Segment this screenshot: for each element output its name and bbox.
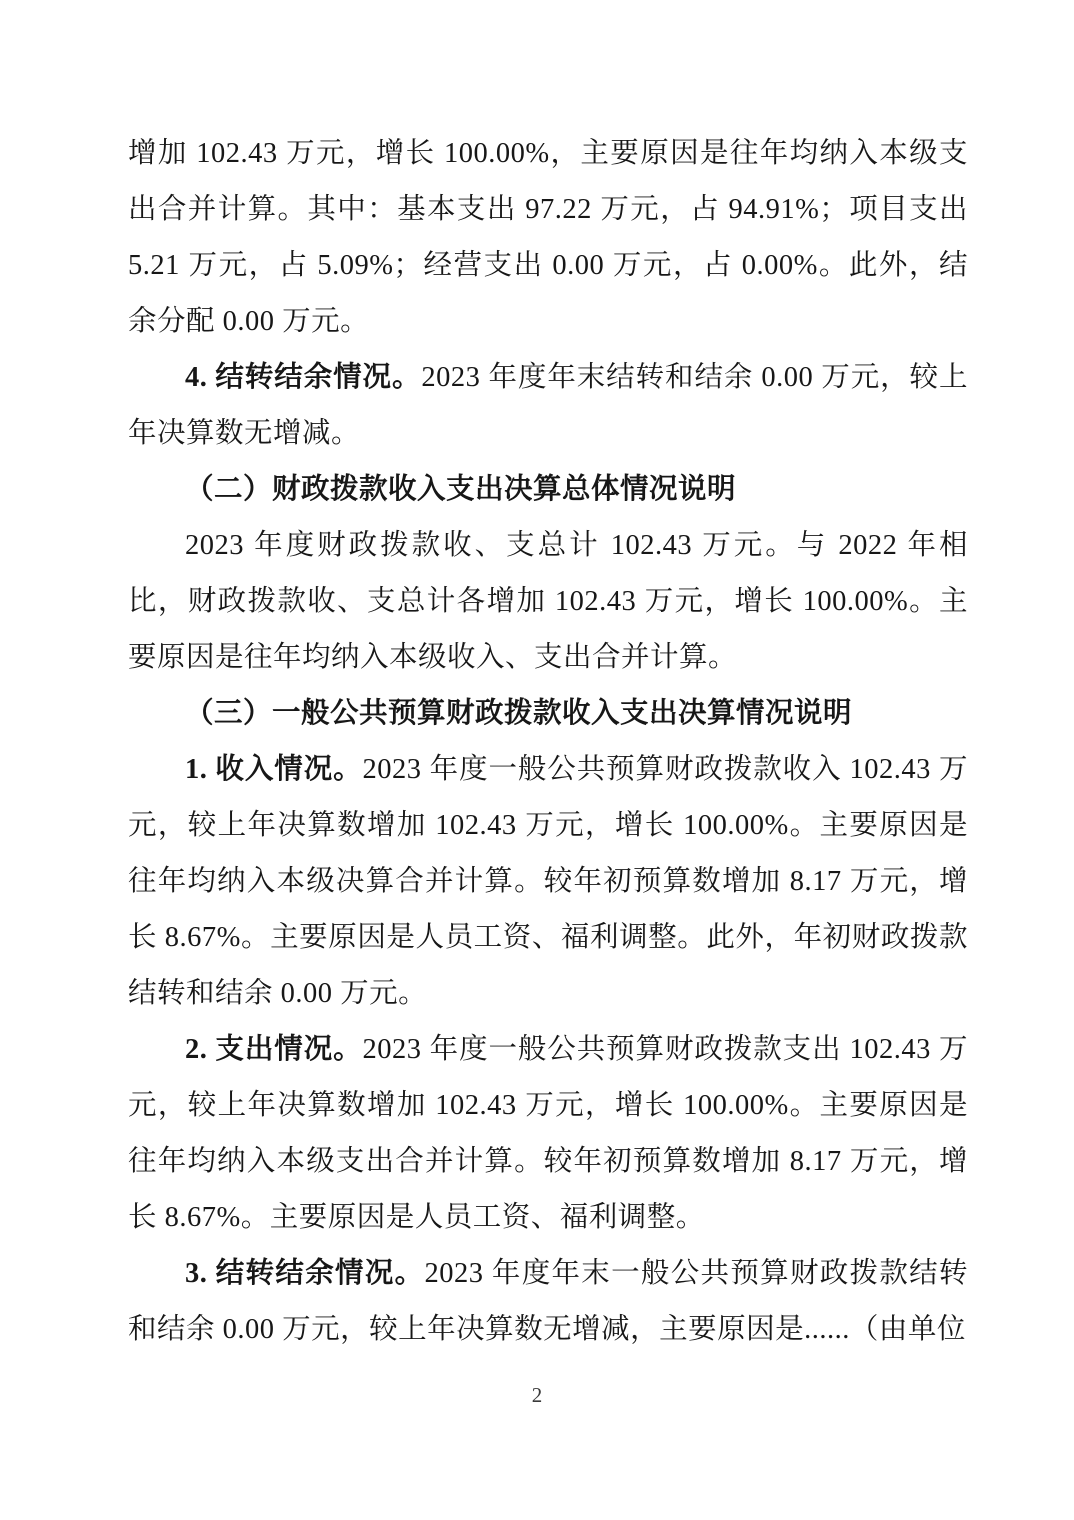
carryover-lead-label: 3. 结转结余情况。 [185, 1258, 424, 1289]
paragraph-income: 1. 收入情况。2023 年度一般公共预算财政拨款收入 102.43 万元，较上… [128, 742, 968, 1022]
document-body: 增加 102.43 万元，增长 100.00%，主要原因是往年均纳入本级支出合并… [128, 126, 968, 1358]
paragraph-carryover: 3. 结转结余情况。2023 年度年末一般公共预算财政拨款结转和结余 0.00 … [128, 1246, 968, 1358]
item4-lead-label: 4. 结转结余情况。 [185, 362, 421, 393]
page-number: 2 [0, 1380, 1074, 1410]
section-heading-2: （二）财政拨款收入支出决算总体情况说明 [128, 462, 968, 518]
paragraph-fiscal-total: 2023 年度财政拨款收、支总计 102.43 万元。与 2022 年相比，财政… [128, 518, 968, 686]
paragraph-expense: 2. 支出情况。2023 年度一般公共预算财政拨款支出 102.43 万元，较上… [128, 1022, 968, 1246]
paragraph-continuation: 增加 102.43 万元，增长 100.00%，主要原因是往年均纳入本级支出合并… [128, 126, 968, 350]
section-heading-3: （三）一般公共预算财政拨款收入支出决算情况说明 [128, 686, 968, 742]
expense-lead-label: 2. 支出情况。 [185, 1034, 363, 1065]
document-page: 增加 102.43 万元，增长 100.00%，主要原因是往年均纳入本级支出合并… [0, 0, 1074, 1520]
paragraph-item4: 4. 结转结余情况。2023 年度年末结转和结余 0.00 万元，较上年决算数无… [128, 350, 968, 462]
income-lead-label: 1. 收入情况。 [185, 754, 363, 785]
income-text: 2023 年度一般公共预算财政拨款收入 102.43 万元，较上年决算数增加 1… [128, 754, 968, 1009]
